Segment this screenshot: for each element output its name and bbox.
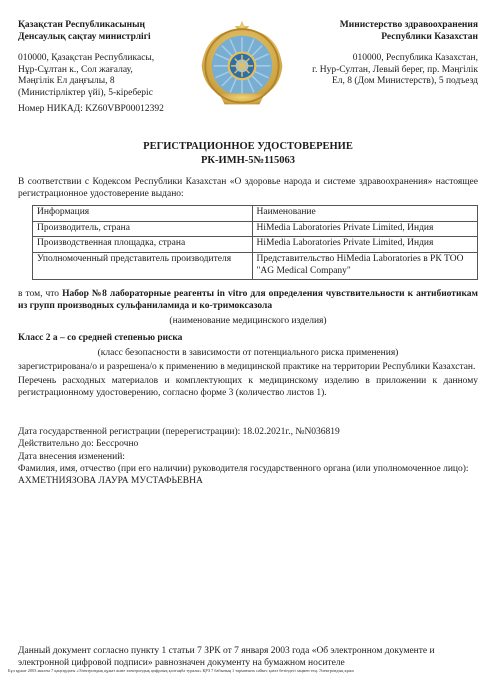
- authorized-rep-value: Представительство HiMedia Laboratories в…: [252, 253, 477, 280]
- manufacturer-label: Производитель, страна: [33, 221, 253, 237]
- certificate-title-block: РЕГИСТРАЦИОННОЕ УДОСТОВЕРЕНИЕ РК-ИМН-5№1…: [18, 140, 478, 168]
- risk-caption: (класс безопасности в зависимости от пот…: [18, 348, 478, 358]
- ministry-name-kk: Қазақстан Республикасының Денсаулық сақт…: [18, 20, 194, 43]
- intro-paragraph: В соответствии с Кодексом Республики Каз…: [18, 177, 478, 201]
- production-site-value: HiMedia Laboratories Private Limited, Ин…: [252, 237, 477, 253]
- legal-footer-kk-tiny: Бұл құжат 2003 жылғы 7 қаңтардағы «Элект…: [8, 669, 495, 673]
- ministry-name-ru: Министерство здравоохранения Республики …: [290, 20, 478, 43]
- ministry-name-ru-line1: Министерство здравоохранения: [290, 20, 478, 32]
- ministry-block-kk: Қазақстан Республикасының Денсаулық сақт…: [18, 20, 194, 116]
- ministry-name-kk-line1: Қазақстан Республикасының: [18, 20, 194, 32]
- product-caption: (наименование медицинского изделия): [18, 316, 478, 326]
- head-name-line: Фамилия, имя, отчество (при его наличии)…: [18, 463, 478, 488]
- ministry-name-ru-line2: Республики Казахстан: [290, 32, 478, 44]
- address-ru-line3: Ел, 8 (Дом Министерств), 5 подъезд: [290, 76, 478, 88]
- address-kk-line3: Мәңгілік Ел даңғылы, 8: [18, 76, 194, 88]
- table-header-info: Информация: [33, 206, 253, 222]
- legal-footer-ru: Данный документ согласно пункту 1 статьи…: [18, 645, 483, 669]
- changes-date-line: Дата внесения изменений:: [18, 451, 478, 463]
- valid-until-line: Действительно до: Бессрочно: [18, 438, 478, 450]
- product-prefix: в том, что: [18, 289, 62, 299]
- address-kk-line4: (Министірліктер үйі), 5-кіреберіс: [18, 88, 194, 100]
- letterhead: Қазақстан Республикасының Денсаулық сақт…: [18, 20, 478, 116]
- nikad-number: Номер НИКАД: KZ60VBP00012392: [18, 104, 194, 116]
- ministry-block-ru: Министерство здравоохранения Республики …: [290, 20, 478, 88]
- kazakhstan-emblem-icon: [194, 20, 290, 108]
- ministry-address-ru: 010000, Республика Казахстан, г. Нур-Сул…: [290, 53, 478, 88]
- production-site-label: Производственная площадка, страна: [33, 237, 253, 253]
- table-row-production-site: Производственная площадка, страна HiMedi…: [33, 237, 478, 253]
- table-row-authorized-rep: Уполномоченный представитель производите…: [33, 253, 478, 280]
- ministry-name-kk-line2: Денсаулық сақтау министрлігі: [18, 32, 194, 44]
- table-row-manufacturer: Производитель, страна HiMedia Laboratori…: [33, 221, 478, 237]
- certificate-number: РК-ИМН-5№115063: [18, 154, 478, 168]
- annex-paragraph: Перечень расходных материалов и комплект…: [18, 376, 478, 400]
- ministry-address-kk: 010000, Қазақстан Республикасы, Нұр-Сұлт…: [18, 53, 194, 99]
- manufacturer-value: HiMedia Laboratories Private Limited, Ин…: [252, 221, 477, 237]
- authorized-rep-label: Уполномоченный представитель производите…: [33, 253, 253, 280]
- info-table: Информация Наименование Производитель, с…: [32, 205, 478, 280]
- meta-block: Дата государственной регистрации (перере…: [18, 426, 478, 488]
- risk-class-line: Класс 2 а – со средней степенью риска: [18, 333, 478, 345]
- certificate-title: РЕГИСТРАЦИОННОЕ УДОСТОВЕРЕНИЕ: [18, 140, 478, 154]
- registered-paragraph: зарегистрирована/о и разрешена/о к приме…: [18, 362, 478, 374]
- certificate-page: Қазақстан Республикасының Денсаулық сақт…: [0, 0, 495, 700]
- address-kk-line2: Нұр-Сұлтан к., Сол жағалау,: [18, 65, 194, 77]
- table-header-name: Наименование: [252, 206, 477, 222]
- address-ru-line2: г. Нур-Султан, Левый берег, пр. Мәңгілік: [290, 65, 478, 77]
- product-name: Набор №8 лабораторные реагенты in vitro …: [18, 289, 478, 311]
- registration-date-line: Дата государственной регистрации (перере…: [18, 426, 478, 438]
- table-header-row: Информация Наименование: [33, 206, 478, 222]
- address-kk-line1: 010000, Қазақстан Республикасы,: [18, 53, 194, 65]
- address-ru-line1: 010000, Республика Казахстан,: [290, 53, 478, 65]
- product-paragraph: в том, что Набор №8 лабораторные реагент…: [18, 289, 478, 313]
